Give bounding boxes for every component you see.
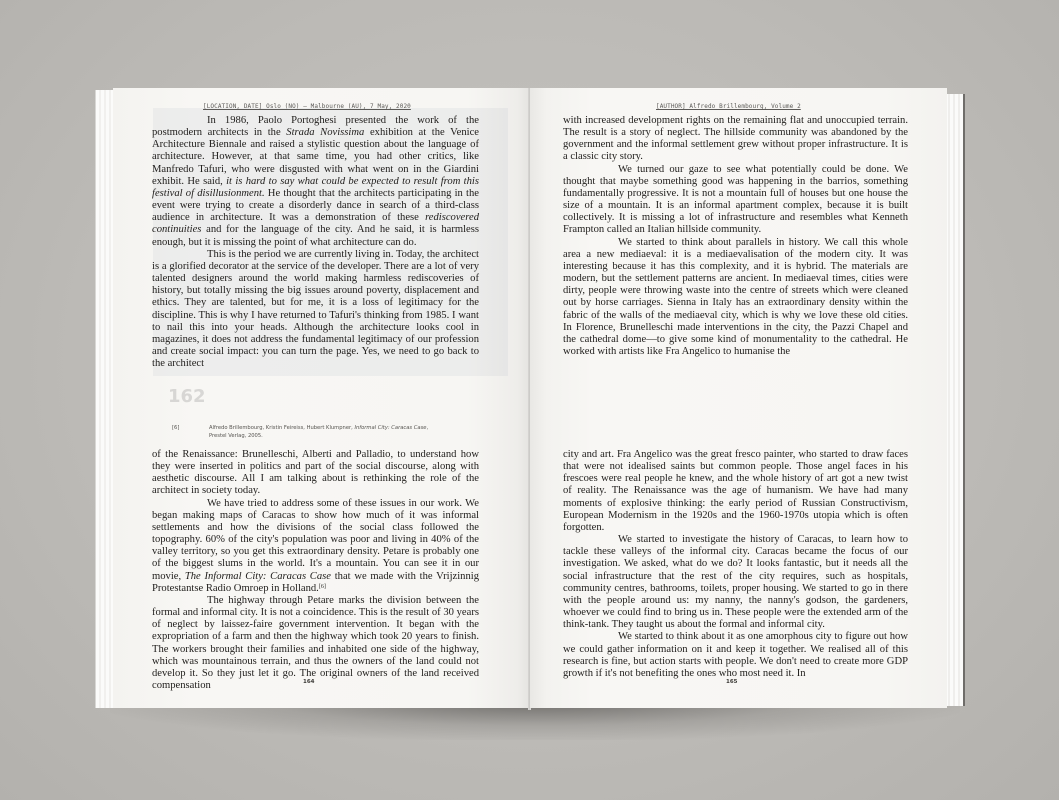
text-segment: We turned our gaze to see what potential… [563,164,908,236]
left-bottom-text-block: of the Renaissance: Brunelleschi, Albert… [152,449,479,692]
text-segment: of the Renaissance: Brunelleschi, Albert… [152,449,479,496]
text-segment: We have tried to address some of these i… [152,498,479,582]
paragraph: The highway through Petare marks the div… [152,595,479,692]
right-page: [AUTHOR] Alfredo Brillembourg, Volume 2 … [530,88,947,708]
left-top-text-block: In 1986, Paolo Portoghesi presented the … [152,115,479,370]
paragraph: of the Renaissance: Brunelleschi, Albert… [152,449,479,498]
running-head-left: [LOCATION, DATE] Oslo (NO) – Malbourne (… [203,103,411,110]
paragraph: We turned our gaze to see what potential… [563,164,908,237]
italic-text: The Informal City: Caracas Case [185,571,331,582]
text-segment: We started to investigate the history of… [563,534,908,630]
paragraph: We started to think about it as one amor… [563,631,908,680]
open-book: 162 [LOCATION, DATE] Oslo (NO) – Malbour… [95,88,965,710]
running-head-right: [AUTHOR] Alfredo Brillembourg, Volume 2 [656,103,801,110]
footnote-authors: Alfredo Brillembourg, Kristin Feireiss, … [209,425,354,431]
page-number-left: 164 [303,679,314,685]
right-page-edges [945,94,965,706]
paragraph: We started to think about parallels in h… [563,237,908,359]
text-segment: We started to think about it as one amor… [563,631,908,678]
footnote-number: [6] [172,425,179,433]
showthrough-page-number: 162 [168,386,206,407]
text-segment: This is the period we are currently livi… [152,249,479,369]
paragraph: city and art. Fra Angelico was the great… [563,449,908,534]
text-segment: and for the language of the city. And he… [152,224,479,247]
text-segment: city and art. Fra Angelico was the great… [563,449,908,533]
right-top-text-block: with increased development rights on the… [563,115,908,358]
paragraph: In 1986, Paolo Portoghesi presented the … [152,115,479,249]
paragraph: with increased development rights on the… [563,115,908,164]
paragraph: This is the period we are currently livi… [152,249,479,371]
paragraph: We started to investigate the history of… [563,534,908,631]
text-segment: with increased development rights on the… [563,115,908,162]
footnote-title: Informal City: Caracas Case [354,425,426,431]
footnote-text: Alfredo Brillembourg, Kristin Feireiss, … [209,425,509,440]
page-number-right: 165 [726,679,737,685]
footnote-comma: , [426,425,428,431]
italic-text: Strada Novissima [286,127,364,138]
left-page: 162 [LOCATION, DATE] Oslo (NO) – Malbour… [113,88,530,708]
right-bottom-text-block: city and art. Fra Angelico was the great… [563,449,908,680]
paragraph: We have tried to address some of these i… [152,498,479,595]
footnote-reference: [6] [319,584,326,590]
text-segment: We started to think about parallels in h… [563,237,908,357]
text-segment: The highway through Petare marks the div… [152,595,479,691]
footnote-publisher: Prestel Verlag, 2005. [209,433,263,439]
